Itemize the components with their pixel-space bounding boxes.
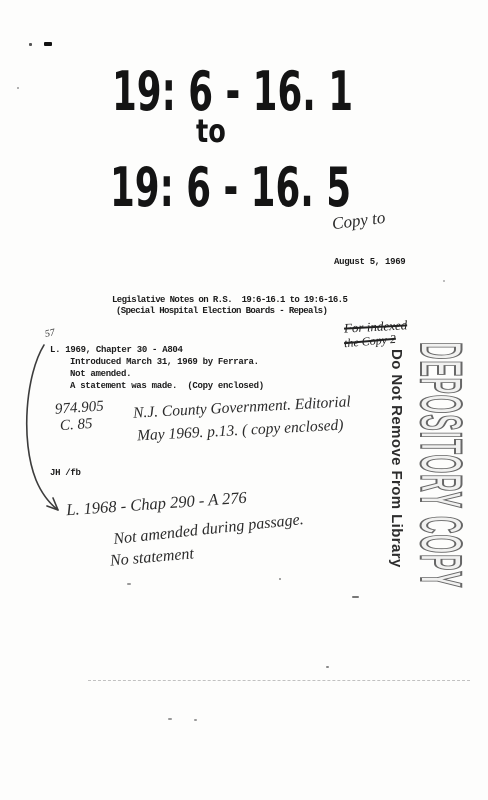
ink-speck [443,280,445,282]
ink-speck [17,87,19,89]
stamp-do-not-remove: Do Not Remove From Library [385,349,407,567]
date: August 5, 1969 [334,257,405,267]
ink-speck [168,718,172,720]
statute-range-end: 19: 6 - 16. 5 [110,156,351,219]
note-1968-line3: No statement [109,545,194,570]
scan-artifact-line [88,680,470,681]
body-line4: A statement was made. (Copy enclosed) [70,381,264,391]
stamp-depository-copy: DEPOSITORY COPY [408,342,472,578]
ink-speck [29,43,32,46]
citation-line2: May 1969. p.13. ( copy enclosed) [137,417,344,446]
scanned-document-page: 19: 6 - 16. 1 to 19: 6 - 16. 5 Copy to A… [0,0,488,800]
body-line2: Introduced March 31, 1969 by Ferrara. [70,357,259,367]
ink-speck [194,719,197,721]
citation-rest: . Editorial [287,393,352,413]
title-line2: (Special Hospital Election Boards - Repe… [116,306,327,316]
ink-speck [44,42,52,46]
body-line3: Not amended. [70,369,131,379]
note-1968-line2: Not amended during passage. [113,511,305,549]
title-line1: Legislative Notes on R.S. 19:6-16.1 to 1… [112,295,347,305]
statute-range-start: 19: 6 - 16. 1 [112,60,353,123]
pencil-mark: 57 [44,327,56,340]
ink-speck [352,596,359,598]
curved-arrow-icon [18,342,78,520]
ink-speck [127,583,131,585]
note-1968-line1: L. 1968 - Chap 290 - A 276 [66,488,248,521]
ink-speck [279,578,281,580]
citation-title: N.J. County Government [133,397,288,422]
ink-speck [326,666,329,668]
statute-range-connector: to [196,112,226,150]
stamp-depository-copy-text: DEPOSITORY COPY [408,342,472,588]
